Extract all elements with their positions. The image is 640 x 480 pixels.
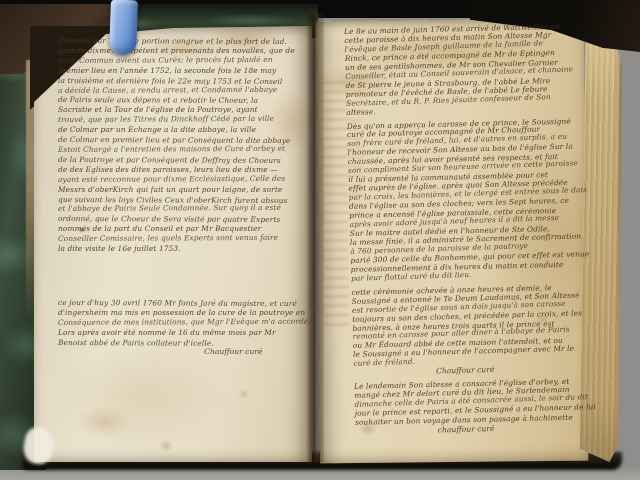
ink-show-through	[320, 81, 349, 331]
right-page-text: Le 8e au main de juin 1760 est arrivé de…	[344, 21, 605, 437]
photographed-manuscript-scan: { "scene": { "type": "photograph of an o…	[0, 0, 640, 480]
manuscript-line: Estoit Chargé a l'entretien des maisons …	[58, 144, 310, 155]
manuscript-paragraph: Le lendemain Son altesse a consacré l'ég…	[354, 376, 605, 437]
manuscript-line: trouvé, que par les Titres du Dinckhoff …	[58, 114, 310, 125]
manuscript-line: Conséquence de mes institutions, que Mgr…	[58, 316, 310, 327]
manuscript-line: ayant esté recconnue pour dixme Ecclésia…	[58, 173, 310, 184]
manuscript-line: a décidé la Cause, a rendu arrest, et Co…	[58, 84, 310, 95]
manuscript-line: Lors après avoir été nommé le 16 du même…	[58, 328, 310, 338]
manuscript-line: de Colmar par un Echange a la dite abbay…	[58, 125, 310, 135]
manuscript-line: Conseiller Comissaire, les quels Experts…	[58, 233, 310, 244]
manuscript-paragraph: Le 8e au main de juin 1760 est arrivé de…	[344, 21, 596, 117]
blue-bookmark-tab-icon	[109, 0, 138, 55]
manuscript-line: Messrs d'oberKirch qui fait un quart pou…	[58, 185, 310, 195]
manuscript-line: premier lieu en l'année 1752, la seconde…	[58, 66, 310, 76]
manuscript-paragraph: Dès qu'on a apperçu le carosse de ce pri…	[347, 116, 601, 284]
curate-signature: Chauffour curé	[204, 347, 310, 357]
manuscript-paragraph: Diesmes par Titre de portion congrue et …	[58, 36, 310, 254]
manuscript-paragraph: cette cérémonie achevée à onze heures et…	[351, 282, 603, 379]
manuscript-paragraph: ce jour d'huy 30 avril 1760 Mr fonts Jar…	[58, 298, 310, 358]
manuscript-line: et l'abbaye de Pairis Seule Condamnée. S…	[58, 203, 310, 214]
left-page-text: Diesmes par Titre de portion congrue et …	[58, 36, 310, 357]
manuscript-line: droit Commun avient aux Curés; le procès…	[58, 54, 310, 65]
manuscript-line: la dite visite le 16e juillet 1753.	[58, 244, 310, 254]
